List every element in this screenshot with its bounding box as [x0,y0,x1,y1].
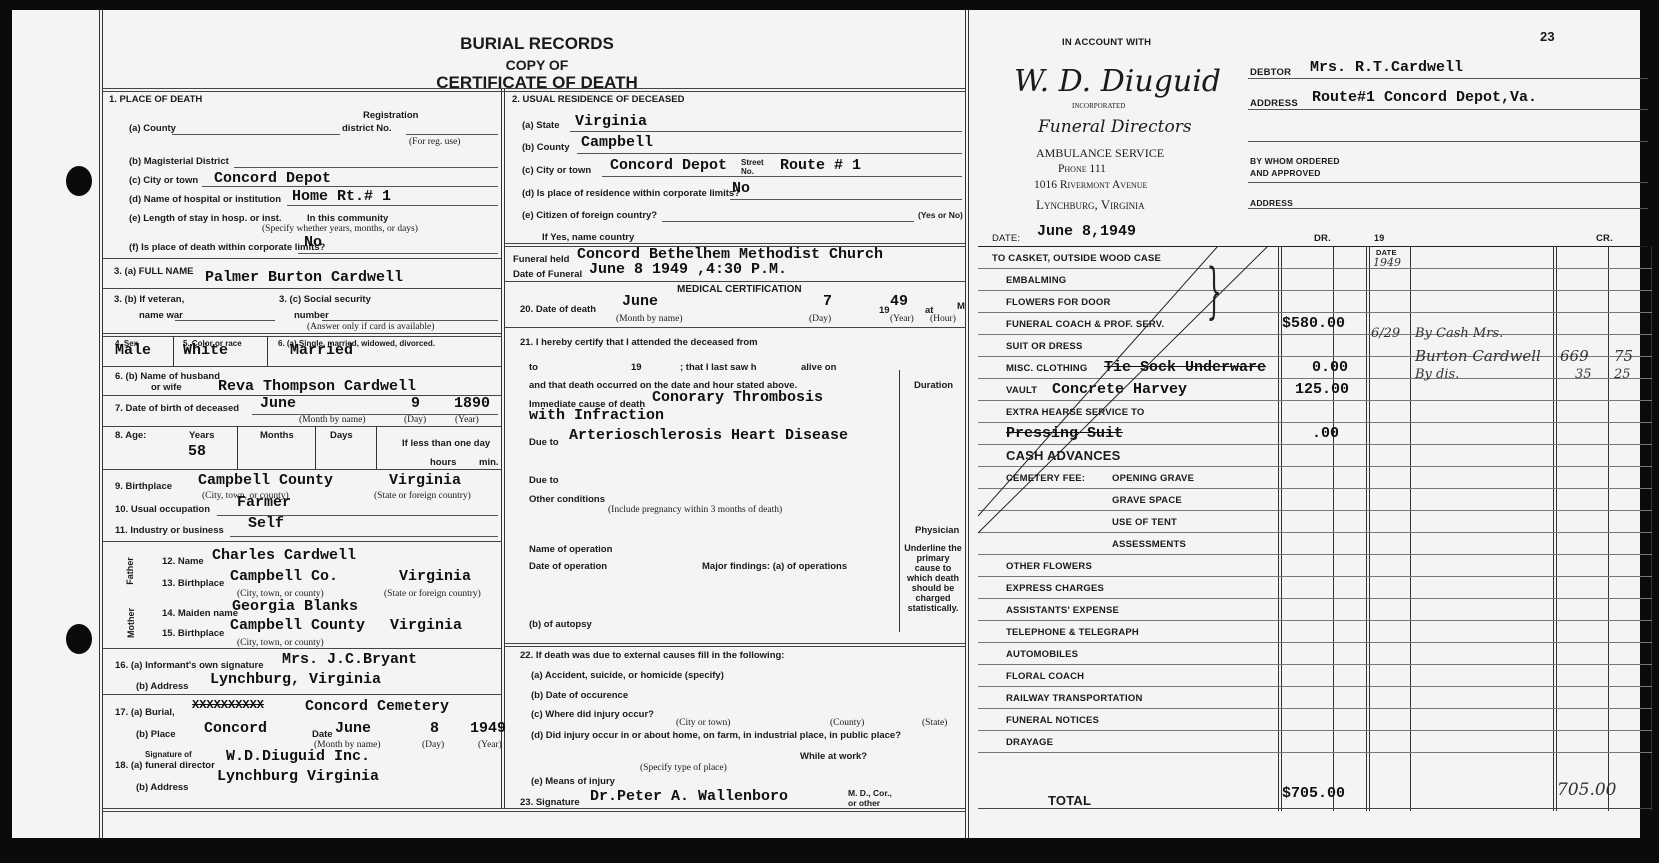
res-corporate-field[interactable] [730,199,962,200]
occupation-value: Farmer [237,494,291,511]
occupation-label: 10. Usual occupation [115,504,210,515]
immediate-cause-value2: with Infraction [529,407,664,424]
divider [102,694,501,695]
age-label: 8. Age: [115,430,146,441]
divider [102,648,501,649]
divider [102,366,501,367]
ledger-rule [978,730,1652,731]
hours-label: hours [430,457,456,468]
father-birthplace-state: Virginia [399,568,471,585]
father-side-label: Father [125,557,135,585]
magisterial-label: (b) Magisterial District [129,156,229,167]
divider [102,395,501,396]
county-note: (County) [830,718,864,728]
ledger-col [1410,246,1411,811]
dob-month: June [260,395,296,412]
dod-year-prefix: 19 [879,305,890,316]
burial-record-document: BURIAL RECORDS COPY OF CERTIFICATE OF DE… [12,10,1640,838]
race-value: White [183,342,228,359]
funeral-date-label: Date of Funeral [513,269,582,280]
divider [102,288,501,289]
center-border [965,10,966,838]
burial-label: 17. (a) Burial, [115,707,175,718]
year-note: (Year) [478,740,502,750]
res-state-value: Virginia [575,113,647,130]
credit-cents: 75 [1614,347,1633,365]
magisterial-field[interactable] [234,167,498,168]
punch-hole [66,624,92,654]
due-to-label: Due to [529,437,559,448]
res-state-field[interactable] [570,131,962,132]
fullname-value: Palmer Burton Cardwell [205,269,403,286]
ledger-item-amount: 125.00 [1295,381,1349,398]
corporate-value: No [304,234,322,251]
divider [504,643,965,644]
certify-label: 21. I hereby certify that I attended the… [520,337,758,348]
res-county-field[interactable] [577,153,962,154]
ledger-item-amount: $580.00 [1282,315,1345,332]
account-date-label: DATE: [992,233,1020,244]
industry-value: Self [248,515,284,532]
md-label: M. D., Cor., [848,788,892,798]
hospital-label: (d) Name of hospital or institution [129,194,281,205]
divider [102,258,501,259]
total-label: TOTAL [1048,793,1091,808]
country-label: If Yes, name country [542,232,634,243]
divider [173,336,174,366]
ledger-item-label: RAILWAY TRANSPORTATION [1006,693,1143,704]
ledger-item-label: AUTOMOBILES [1006,649,1078,660]
center-border [968,10,969,838]
credit-desc: Burton Cardwell [1415,347,1541,365]
ledger-item-amount: .00 [1312,425,1339,442]
column-divider [501,89,502,808]
external-causes-heading: 22. If death was due to external causes … [520,650,784,661]
signature-label: 23. Signature [520,797,580,808]
residence-heading: 2. USUAL RESIDENCE OF DECEASED [512,94,684,105]
ss-label: 3. (c) Social security [279,294,371,305]
physician-note: Underline the primary cause to which dea… [903,543,963,613]
informant-address-label: (b) Address [136,681,188,692]
divider [504,327,965,328]
county-label: (a) County [129,123,176,134]
funeral-directors-label: Funeral Directors [1038,117,1192,137]
approved-label: AND APPROVED [1250,168,1321,178]
ledger-rule [978,598,1652,599]
dob-label: 7. Date of birth of deceased [115,403,239,414]
city-address: Lynchburg, Virginia [1036,197,1145,213]
state-note: (State or foreign country) [374,491,471,501]
debtor-address-field[interactable] [1248,109,1648,110]
director-sig-label: Signature of [145,750,192,759]
res-corporate-value: No [732,180,750,197]
ledger-col [1278,246,1279,811]
bottom-rule [102,811,965,812]
funeral-date-value: June 8 1949 ,4:30 P.M. [589,261,787,278]
phone-label: Phone 111 [1058,163,1106,175]
year-note: (Year) [890,314,914,324]
res-state-label: (a) State [522,120,559,131]
dr-label: DR. [1314,233,1331,244]
spouse-value: Reva Thompson Cardwell [218,378,416,395]
credit-amount: 35 [1575,367,1592,382]
birthplace-city: Campbell County [198,472,333,489]
industry-label: 11. Industry or business [115,525,224,536]
other-conditions-label: Other conditions [529,494,605,505]
title-certificate: CERTIFICATE OF DEATH [372,73,702,93]
ledger-item-label: DRAYAGE [1006,737,1053,748]
citizen-field[interactable] [662,221,914,222]
state-note: (State or foreign country) [384,589,481,599]
divider [102,541,501,542]
father-name-value: Charles Cardwell [212,547,356,564]
debtor-address-label: ADDRESS [1250,98,1298,109]
ledger-col [1369,246,1370,811]
dod-month: June [622,293,658,310]
burial-year: 1949 [470,720,506,737]
res-county-label: (b) County [522,142,570,153]
mother-name-value: Georgia Blanks [232,598,358,615]
ledger-rule [978,620,1652,621]
ledger-bottom-rule [978,808,1652,809]
duration-divider [899,370,900,632]
age-years-value: 58 [188,443,206,460]
months-label: Months [260,430,294,441]
state-note: (State) [922,718,947,728]
credit-desc: By dis. [1415,367,1459,382]
director-sig-label2: 18. (a) funeral director [115,760,215,771]
physician-title: Physician [915,525,959,536]
diagonal-strike-lines [978,246,1278,536]
divider [504,243,965,244]
community-label: In this community [307,213,388,224]
years-label: Years [189,430,214,441]
stay-label: (e) Length of stay in hosp. or inst. [129,213,282,224]
dob-year: 1890 [454,395,490,412]
burial-struck-text: XXXXXXXXXX [192,698,264,712]
dod-year: 49 [890,293,908,310]
burial-value: Concord Cemetery [305,698,449,715]
debtor-field[interactable] [1248,78,1648,79]
ledger-item-label: ASSISTANTS' EXPENSE [1006,605,1119,616]
nineteen-label: 19 [1374,233,1384,243]
city-town-note: (City or town) [676,718,730,728]
marital-value: Married [290,342,353,359]
ledger-rule [978,554,1652,555]
ss-note: (Answer only if card is available) [307,322,434,332]
divider [376,426,377,470]
father-birthplace-label: 13. Birthplace [162,578,224,589]
left-border [102,10,103,838]
father-birthplace-city: Campbell Co. [230,568,338,585]
res-city-value: Concord Depot [610,157,727,174]
divider [504,646,965,647]
street-label: Street No. [741,158,765,176]
res-corporate-label: (d) Is place of residence within corpora… [522,188,740,199]
district-field[interactable] [406,134,498,135]
autopsy-label: (b) of autopsy [529,619,592,630]
ledger-rule [978,576,1652,577]
debtor-address-value: Route#1 Concord Depot,Va. [1312,89,1537,106]
informant-label: 16. (a) Informant's own signature [115,660,263,671]
mother-birthplace-label: 15. Birthplace [162,628,224,639]
medical-certification-heading: MEDICAL CERTIFICATION [677,284,802,295]
spouse-label2: or wife [151,382,182,393]
md-label2: or other [848,798,880,808]
nineteen-label: 19 [631,362,642,373]
corporate-label: (f) Is place of death within corporate l… [129,242,325,253]
divider [102,426,501,427]
director-address-value: Lynchburg Virginia [217,768,379,785]
less-day-label: If less than one day [402,438,490,449]
account-date-value: June 8,1949 [1037,223,1136,240]
extra-address-field[interactable] [1248,141,1648,142]
ledger-item-amount: 0.00 [1312,359,1348,376]
in-account-label: IN ACCOUNT WITH [1062,37,1151,48]
birthplace-state: Virginia [389,472,461,489]
res-city-label: (c) City or town [522,165,591,176]
divider [267,336,268,366]
hour-note: (Hour) [930,314,956,324]
due-to-value: Arterioschlerosis Heart Disease [569,427,848,444]
city-note: (City, town, or county) [237,638,324,648]
while-at-work-label: While at work? [800,751,867,762]
divider [315,426,316,470]
ledger-item-label: TELEPHONE & TELEGRAPH [1006,627,1139,638]
director-value: W.D.Diuguid Inc. [226,748,370,765]
accident-label: (a) Accident, suicide, or homicide (spec… [531,670,724,681]
sex-value: Male [115,342,151,359]
ledger-col [1556,246,1557,811]
ledger-rule [978,686,1652,687]
divider [237,426,238,470]
corporate-field[interactable] [298,253,498,254]
day-note: (Day) [404,415,426,425]
war-field[interactable] [175,320,275,321]
place-type-note: (Specify type of place) [640,763,727,773]
column-divider [504,89,505,808]
dod-label: 20. Date of death [520,304,596,315]
debtor-label: DEBTOR [1250,67,1291,78]
specify-note: (Specify whether years, months, or days) [262,224,418,234]
credit-cents: 25 [1614,367,1631,382]
res-county-value: Campbell [581,134,653,151]
to-label: to [529,362,538,373]
divider [102,469,501,470]
ledger-col [1366,246,1367,811]
ledger-col [1608,246,1609,811]
reg-use-note: (For reg. use) [409,137,460,147]
m-label: M [957,301,965,312]
city-value: Concord Depot [214,170,331,187]
cr-label: CR. [1596,233,1613,244]
county-field[interactable] [172,134,340,135]
funeral-held-label: Funeral held [513,254,569,265]
father-name-label: 12. Name [162,556,204,567]
informant-address-value: Lynchburg, Virginia [210,671,381,688]
ledger-col [1651,246,1652,811]
dod-day: 7 [823,293,832,310]
mother-birthplace-state: Virginia [390,617,462,634]
due-to-2-label: Due to [529,475,559,486]
debtor-value: Mrs. R.T.Cardwell [1310,59,1463,76]
alive-label: alive on [801,362,836,373]
credit-date: 6/29 [1371,326,1400,341]
mother-birthplace-city: Campbell County [230,617,365,634]
ordered-address-label: ADDRESS [1250,198,1293,208]
spouse-label: 6. (b) Name of husband [115,371,220,382]
place-label: (b) Place [136,729,176,740]
ledger-item-label: EXPRESS CHARGES [1006,583,1104,594]
company-logo: W. D. Diuguid [1014,64,1221,99]
director-address-label: (b) Address [136,782,188,793]
ordered-address-field[interactable] [1248,208,1648,209]
findings-label: Major findings: (a) of operations [702,561,847,572]
day-note: (Day) [809,314,831,324]
district-label: district No. [342,123,392,134]
place-of-death-heading: 1. PLACE OF DEATH [109,94,202,105]
hospital-value: Home Rt.# 1 [292,188,391,205]
days-label: Days [330,430,353,441]
ledger-item-label: FLORAL COACH [1006,671,1084,682]
divider [504,281,965,282]
month-note: (Month by name) [616,314,683,324]
signature-value: Dr.Peter A. Wallenboro [590,788,788,805]
last-saw-label: ; that I last saw h [680,362,757,373]
ledger-item-detail: ASSESSMENTS [1112,539,1186,550]
place-question-label: (d) Did injury occur in or about home, o… [531,730,901,741]
ordered-field[interactable] [1248,182,1648,183]
ledger-item-label: FUNERAL NOTICES [1006,715,1099,726]
mother-name-label: 14. Maiden name [162,608,238,619]
ledger-rule [978,664,1652,665]
duration-label: Duration [914,380,953,391]
ledger-rule [978,752,1652,753]
title-copy-of: COPY OF [412,57,662,73]
citizen-label: (e) Citizen of foreign country? [522,210,657,221]
incorporated-label: INCORPORATED [1072,102,1125,110]
city-label: (c) City or town [129,175,198,186]
page-number: 23 [1540,29,1555,44]
ledger-rule [978,642,1652,643]
operation-label: Name of operation [529,544,612,555]
hospital-field[interactable] [287,205,498,206]
registration-label: Registration [363,110,418,121]
divider [102,336,501,337]
month-note: (Month by name) [299,415,366,425]
min-label: min. [479,457,499,468]
mother-side-label: Mother [126,608,136,638]
credit-amount: 669 [1560,347,1589,365]
dob-day: 9 [411,395,420,412]
ledger-item-label: OTHER FLOWERS [1006,561,1092,572]
where-label: (c) Where did injury occur? [531,709,654,720]
divider [102,333,501,334]
fullname-label: 3. (a) FULL NAME [114,266,194,277]
informant-value: Mrs. J.C.Bryant [282,651,417,668]
ambulance-label: AMBULANCE SERVICE [1036,146,1164,161]
res-city-field[interactable] [602,176,962,177]
immediate-cause-value: Conorary Thrombosis [652,389,823,406]
title-burial-records: BURIAL RECORDS [412,34,662,54]
ss-field[interactable] [322,320,498,321]
op-date-label: Date of operation [529,561,607,572]
date-label: Date [312,729,333,740]
burial-day: 8 [430,720,439,737]
total-value: $705.00 [1282,785,1345,802]
res-street-value: Route # 1 [780,157,861,174]
means-label: (e) Means of injury [531,776,615,787]
credit-total-value: 705.00 [1557,780,1616,800]
industry-field[interactable] [230,536,498,537]
burial-month: June [335,720,371,737]
ordered-label: BY WHOM ORDERED [1250,156,1340,166]
place-value: Concord [204,720,267,737]
punch-hole [66,166,92,196]
birthplace-label: 9. Birthplace [115,481,172,492]
ledger-rule [978,708,1652,709]
street-address: 1016 Rivermont Avenue [1034,179,1147,191]
day-note: (Day) [422,740,444,750]
credit-desc: By Cash Mrs. [1415,326,1503,341]
pregnancy-note: (Include pregnancy within 3 months of de… [608,505,782,515]
ledger-col [1553,246,1554,811]
veteran-label: 3. (b) If veteran, [114,294,184,305]
left-border [99,10,100,838]
bottom-rule [102,808,965,809]
occurence-label: (b) Date of occurence [531,690,628,701]
yes-no-note: (Yes or No) [918,210,963,220]
year-note: (Year) [455,415,479,425]
